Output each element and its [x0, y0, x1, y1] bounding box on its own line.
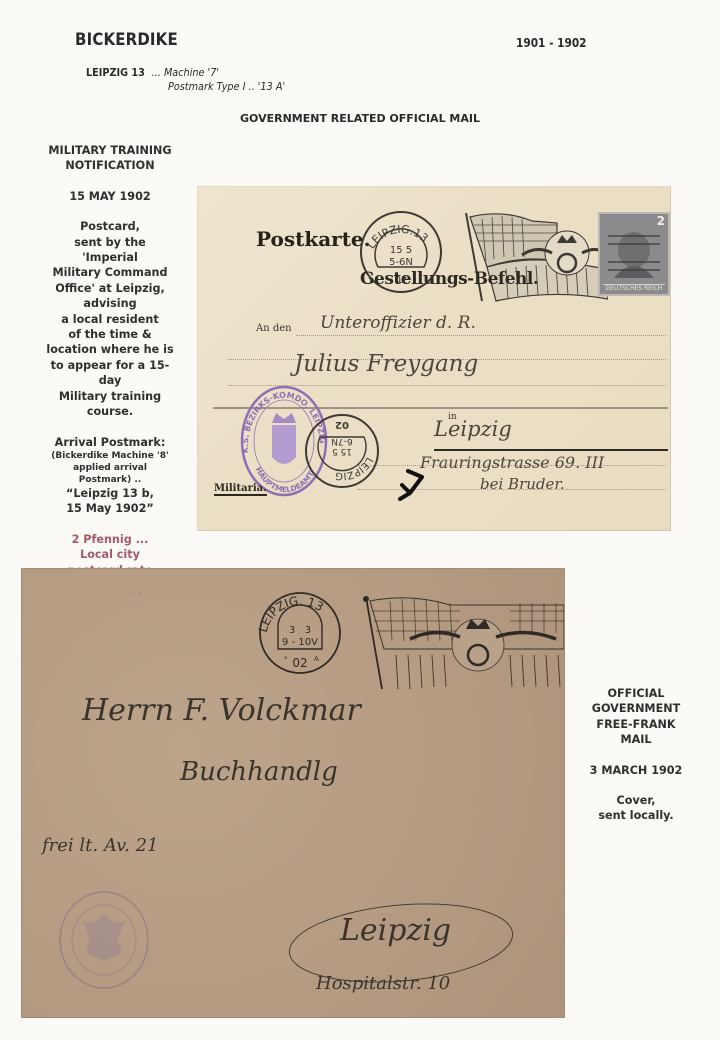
arrival-postmark-icon: LEIPZIG 15 5 6-7N 02	[302, 411, 382, 491]
address-prefix: An den	[256, 323, 292, 334]
cover-image: LEIPZIG. 13 3 3 9 - 10V 02 * A Herrn F. …	[22, 569, 564, 1017]
handwritten-rank: Unteroffizier d. R.	[320, 313, 476, 333]
item2-title-line: MAIL	[576, 732, 696, 747]
desc-line: sent by the	[40, 235, 180, 250]
svg-text:6-7N: 6-7N	[331, 436, 352, 446]
desc-line: Postcard,	[40, 219, 180, 234]
item2-description: OFFICIAL GOVERNMENT FREE-FRANK MAIL 3 MA…	[576, 686, 696, 824]
svg-text:*: *	[284, 655, 288, 663]
item2-title-line: OFFICIAL	[576, 686, 696, 701]
handwritten-addressee: Herrn F. Volckmar	[82, 693, 361, 728]
flag-cancellation-icon	[462, 211, 608, 303]
desc-line: advising	[40, 296, 180, 311]
item1-title: MILITARY TRAINING NOTIFICATION	[40, 143, 180, 174]
desc-line: of the time &	[40, 327, 180, 342]
item2-title-line: FREE-FRANK	[576, 717, 696, 732]
item2-date: 3 MARCH 1902	[576, 763, 696, 778]
item1-description: MILITARY TRAINING NOTIFICATION 15 MAY 19…	[40, 143, 180, 578]
city-underline	[434, 449, 668, 451]
arrival-note-line: (Bickerdike Machine '8'	[40, 450, 180, 462]
svg-text:9 - 10V: 9 - 10V	[282, 637, 318, 648]
handwritten-city: Leipzig	[434, 417, 512, 441]
gestellungs-befehl-heading: Gestellungs-Befehl.	[360, 269, 538, 289]
svg-text:02: 02	[335, 419, 349, 430]
office-name: LEIPZIG 13	[86, 66, 145, 79]
item2-title-line: GOVERNMENT	[576, 701, 696, 716]
cover-postmark-icon: LEIPZIG. 13 3 3 9 - 10V 02 * A	[254, 587, 346, 679]
item1-text: Postcard, sent by the 'Imperial Military…	[40, 219, 180, 419]
arrival-note: (Bickerdike Machine '8' applied arrival …	[40, 450, 180, 486]
arrival-quote: “Leipzig 13 b, 15 May 1902”	[40, 486, 180, 517]
item1-title-line: NOTIFICATION	[40, 158, 180, 173]
arrow-annotation-icon	[394, 467, 428, 503]
germania-portrait-icon	[608, 228, 660, 278]
period-years: 1901 - 1902	[516, 36, 587, 50]
item2-text: Cover, sent locally.	[576, 793, 696, 824]
handwritten-franking: frei lt. Av. 21	[42, 835, 158, 856]
desc-line: to appear for a 15-day	[40, 358, 180, 389]
item2-title: OFFICIAL GOVERNMENT FREE-FRANK MAIL	[576, 686, 696, 748]
postkarte-title: Postkarte.	[256, 227, 371, 251]
svg-text:A: A	[314, 655, 319, 663]
desc-line: Military Command	[40, 265, 180, 280]
desc-line: sent locally.	[576, 808, 696, 823]
postage-stamp: 2 DEUTSCHES REICH	[598, 212, 670, 296]
arrival-note-line: Postmark) ..	[40, 474, 180, 486]
svg-text:02: 02	[292, 656, 307, 670]
section-heading: GOVERNMENT RELATED OFFICIAL MAIL	[0, 112, 720, 125]
office-machine-line: LEIPZIG 13 ... Machine '7'	[86, 66, 219, 79]
desc-line: Military training course.	[40, 389, 180, 420]
stamp-value: 2	[657, 214, 665, 228]
handwritten-name: Julius Freygang	[294, 351, 478, 377]
arrival-quote-line: “Leipzig 13 b,	[40, 486, 180, 501]
handwritten-street: Hospitalstr. 10	[316, 973, 450, 994]
desc-line: 'Imperial	[40, 250, 180, 265]
arrival-heading: Arrival Postmark:	[40, 435, 180, 450]
handwritten-street: Frauringstrasse 69. III	[420, 453, 604, 472]
svg-text:LEIPZIG: LEIPZIG	[335, 455, 375, 481]
militaria-label: Militaria.	[214, 483, 267, 496]
cover-flag-cancellation-icon	[360, 593, 564, 693]
handwritten-line2: Buchhandlg	[180, 757, 338, 787]
svg-text:3 3: 3 3	[289, 625, 311, 636]
desc-line: Cover,	[576, 793, 696, 808]
item1-title-line: MILITARY TRAINING	[40, 143, 180, 158]
address-line	[296, 335, 666, 336]
page-title: BICKERDIKE	[75, 30, 178, 50]
rate-line: 2 Pfennig ...	[40, 532, 180, 547]
handwritten-care-of: bei Bruder.	[480, 475, 565, 493]
postmark-type: Postmark Type I .. '13 A'	[168, 80, 285, 93]
svg-text:15 5: 15 5	[332, 446, 352, 456]
postcard-image: Postkarte. LEIPZIG.13 15 5 5-6N 02 2	[198, 187, 670, 530]
stamp-country: DEUTSCHES REICH	[603, 284, 665, 292]
desc-line: a local resident	[40, 312, 180, 327]
item1-date: 15 MAY 1902	[40, 189, 180, 204]
arrival-quote-line: 15 May 1902”	[40, 501, 180, 516]
rate-line: Local city	[40, 547, 180, 562]
desc-line: location where he is	[40, 342, 180, 357]
eagle-seal-icon	[56, 887, 152, 993]
svg-text:5-6N: 5-6N	[389, 257, 413, 268]
pencil-mark: ⋅ ⋅	[132, 589, 141, 599]
handwritten-city: Leipzig	[340, 913, 451, 948]
arrival-note-line: applied arrival	[40, 462, 180, 474]
machine-label: ... Machine '7'	[152, 66, 219, 79]
desc-line: Office' at Leipzig,	[40, 281, 180, 296]
svg-text:15 5: 15 5	[390, 245, 412, 256]
